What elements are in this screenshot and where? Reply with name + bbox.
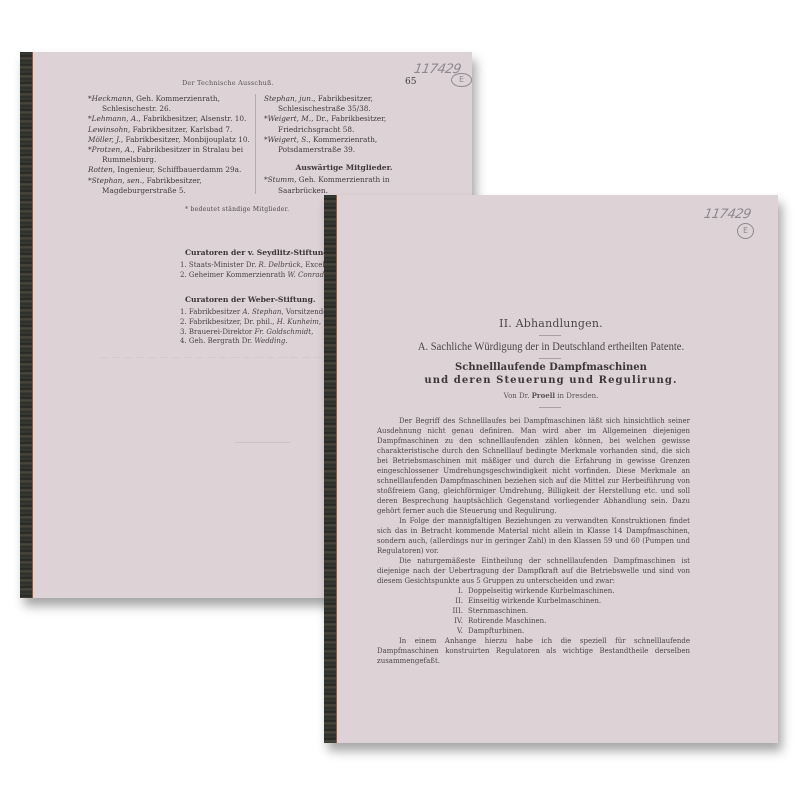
- group-item: I.Doppelseitig wirkende Kurbelmaschinen.: [441, 586, 690, 596]
- curator-title: Geheimer Kommerzienrath: [189, 271, 288, 279]
- group-number: II.: [441, 596, 463, 606]
- member-entry: *Stumm, Geh. Kommerzienrath in Saarbrück…: [264, 175, 424, 195]
- member-name: Möller, J.: [88, 135, 121, 144]
- paragraph: Der Begriff des Schnelllaufes bei Dampfm…: [377, 416, 690, 516]
- subsection-heading: A. Sachliche Würdigung der in Deutschlan…: [342, 341, 760, 353]
- curator-role: .: [285, 337, 287, 345]
- divider: [539, 358, 561, 359]
- foreign-members-title: Auswärtige Mitglieder.: [264, 163, 424, 173]
- group-number: IV.: [441, 616, 463, 626]
- curator-number: 1.: [180, 261, 189, 269]
- member-name: Lehmann, A.: [92, 114, 139, 123]
- group-label: Sternmaschinen.: [468, 607, 528, 615]
- article-title-line1: Schnelllaufende Dampfmaschinen: [324, 362, 778, 373]
- member-name: Heckmann: [92, 94, 132, 103]
- curator-role: ,: [311, 328, 313, 336]
- member-details: , Ingenieur, Schiffbauerdamm 29a.: [113, 165, 242, 174]
- curator-title: Staats-Minister Dr.: [189, 261, 259, 269]
- curator-name: R. Delbrück: [259, 261, 301, 269]
- article-body: Der Begriff des Schnelllaufes bei Dampfm…: [377, 416, 690, 666]
- member-entry: Möller, J., Fabrikbesitzer, Monbijouplat…: [88, 135, 256, 145]
- page-number: 65: [405, 77, 416, 87]
- member-entry: *Weigert, S., Kommerzienrath, Potsdamers…: [264, 135, 424, 155]
- binding-spine: [324, 195, 337, 743]
- group-item: III.Sternmaschinen.: [441, 606, 690, 616]
- member-entry: Rotten, Ingenieur, Schiffbauerdamm 29a.: [88, 165, 256, 175]
- member-name: Weigert, M.: [268, 114, 311, 123]
- member-name: Lewinsohn: [88, 125, 128, 134]
- binding-spine: [20, 52, 33, 598]
- member-details: , Fabrikbesitzer, Monbijouplatz 10.: [121, 135, 250, 144]
- handwritten-inventory-number: 117429: [703, 207, 752, 222]
- group-label: Doppelseitig wirkende Kurbelmaschinen.: [468, 587, 614, 595]
- curator-number: 2.: [180, 318, 189, 326]
- group-label: Einseitig wirkende Kurbelmaschinen.: [468, 597, 601, 605]
- group-item: II.Einseitig wirkende Kurbelmaschinen.: [441, 596, 690, 606]
- member-list-left: *Heckmann, Geh. Kommerzienrath, Schlesis…: [88, 94, 256, 196]
- running-head: Der Technische Ausschuß.: [182, 79, 274, 87]
- paragraph: Die naturgemäßeste Eintheilung der schne…: [377, 556, 690, 586]
- member-name: Protzen, A.: [92, 145, 133, 154]
- curator-number: 4.: [180, 337, 189, 345]
- member-entry: *Lehmann, A., Fabrikbesitzer, Alsenstr. …: [88, 114, 256, 124]
- curator-name: A. Stephan: [242, 308, 281, 316]
- curator-name: Fr. Goldschmidt: [255, 328, 312, 336]
- group-item: V.Dampfturbinen.: [441, 626, 690, 636]
- byline: Von Dr. Proell in Dresden.: [324, 391, 778, 400]
- member-name: Stephan, jun.: [264, 94, 313, 103]
- curator-number: 3.: [180, 328, 189, 336]
- curator-title: Brauerei-Direktor: [189, 328, 255, 336]
- member-name: Weigert, S.: [268, 135, 309, 144]
- member-name: Stumm: [268, 175, 294, 184]
- group-label: Dampfturbinen.: [468, 627, 524, 635]
- member-name: Stephan, sen.: [92, 176, 142, 185]
- group-number: V.: [441, 626, 463, 636]
- curator-name: H. Kunheim: [277, 318, 319, 326]
- member-details: , Fabrikbesitzer, Karlsbad 7.: [128, 125, 232, 134]
- member-entry: *Weigert, M., Dr., Fabrikbesitzer, Fried…: [264, 114, 424, 134]
- group-number: I.: [441, 586, 463, 596]
- group-label: Rotirende Maschinen.: [468, 617, 546, 625]
- member-entry: *Heckmann, Geh. Kommerzienrath, Schlesis…: [88, 94, 256, 114]
- divider: [539, 335, 561, 336]
- member-details: , Fabrikbesitzer, Alsenstr. 10.: [138, 114, 246, 123]
- member-entry: *Protzen, A., Fabrikbesitzer in Stralau …: [88, 145, 256, 165]
- group-item: IV.Rotirende Maschinen.: [441, 616, 690, 626]
- member-entry: *Stephan, sen., Fabrikbesitzer, Magdebur…: [88, 176, 256, 196]
- member-list-right: Stephan, jun., Fabrikbesitzer, Schlesisc…: [255, 94, 424, 194]
- paragraph: In Folge der mannigfaltigen Beziehungen …: [377, 516, 690, 556]
- member-entry: Lewinsohn, Fabrikbesitzer, Karlsbad 7.: [88, 125, 256, 135]
- member-entry: Stephan, jun., Fabrikbesitzer, Schlesisc…: [264, 94, 424, 114]
- curator-number: 1.: [180, 308, 189, 316]
- curator-title: Fabrikbesitzer: [189, 308, 243, 316]
- member-name: Rotten: [88, 165, 113, 174]
- curator-name: Wedding: [254, 337, 285, 345]
- section-heading: II. Abhandlungen.: [324, 317, 778, 330]
- author-name: Proell: [532, 391, 555, 400]
- divider: [539, 407, 561, 408]
- curator-number: 2.: [180, 271, 189, 279]
- curator-title: Fabrikbesitzer, Dr. phil.,: [189, 318, 277, 326]
- circled-mark: E: [451, 73, 472, 87]
- front-page: 117429 E II. Abhandlungen. A. Sachliche …: [324, 195, 778, 743]
- article-title-line2: und deren Steuerung und Regulirung.: [324, 375, 778, 386]
- curator-name: W. Conrad: [288, 271, 325, 279]
- member-details: , Geh. Kommerzienrath in Saarbrücken.: [278, 175, 390, 194]
- circled-mark: E: [737, 223, 754, 239]
- curator-title: Geh. Bergrath Dr.: [189, 337, 255, 345]
- footnote: * bedeutet ständige Mitglieder.: [185, 206, 289, 213]
- group-list: I.Doppelseitig wirkende Kurbelmaschinen.…: [377, 586, 690, 636]
- paragraph: In einem Anhange hierzu habe ich die spe…: [377, 636, 690, 666]
- group-number: III.: [441, 606, 463, 616]
